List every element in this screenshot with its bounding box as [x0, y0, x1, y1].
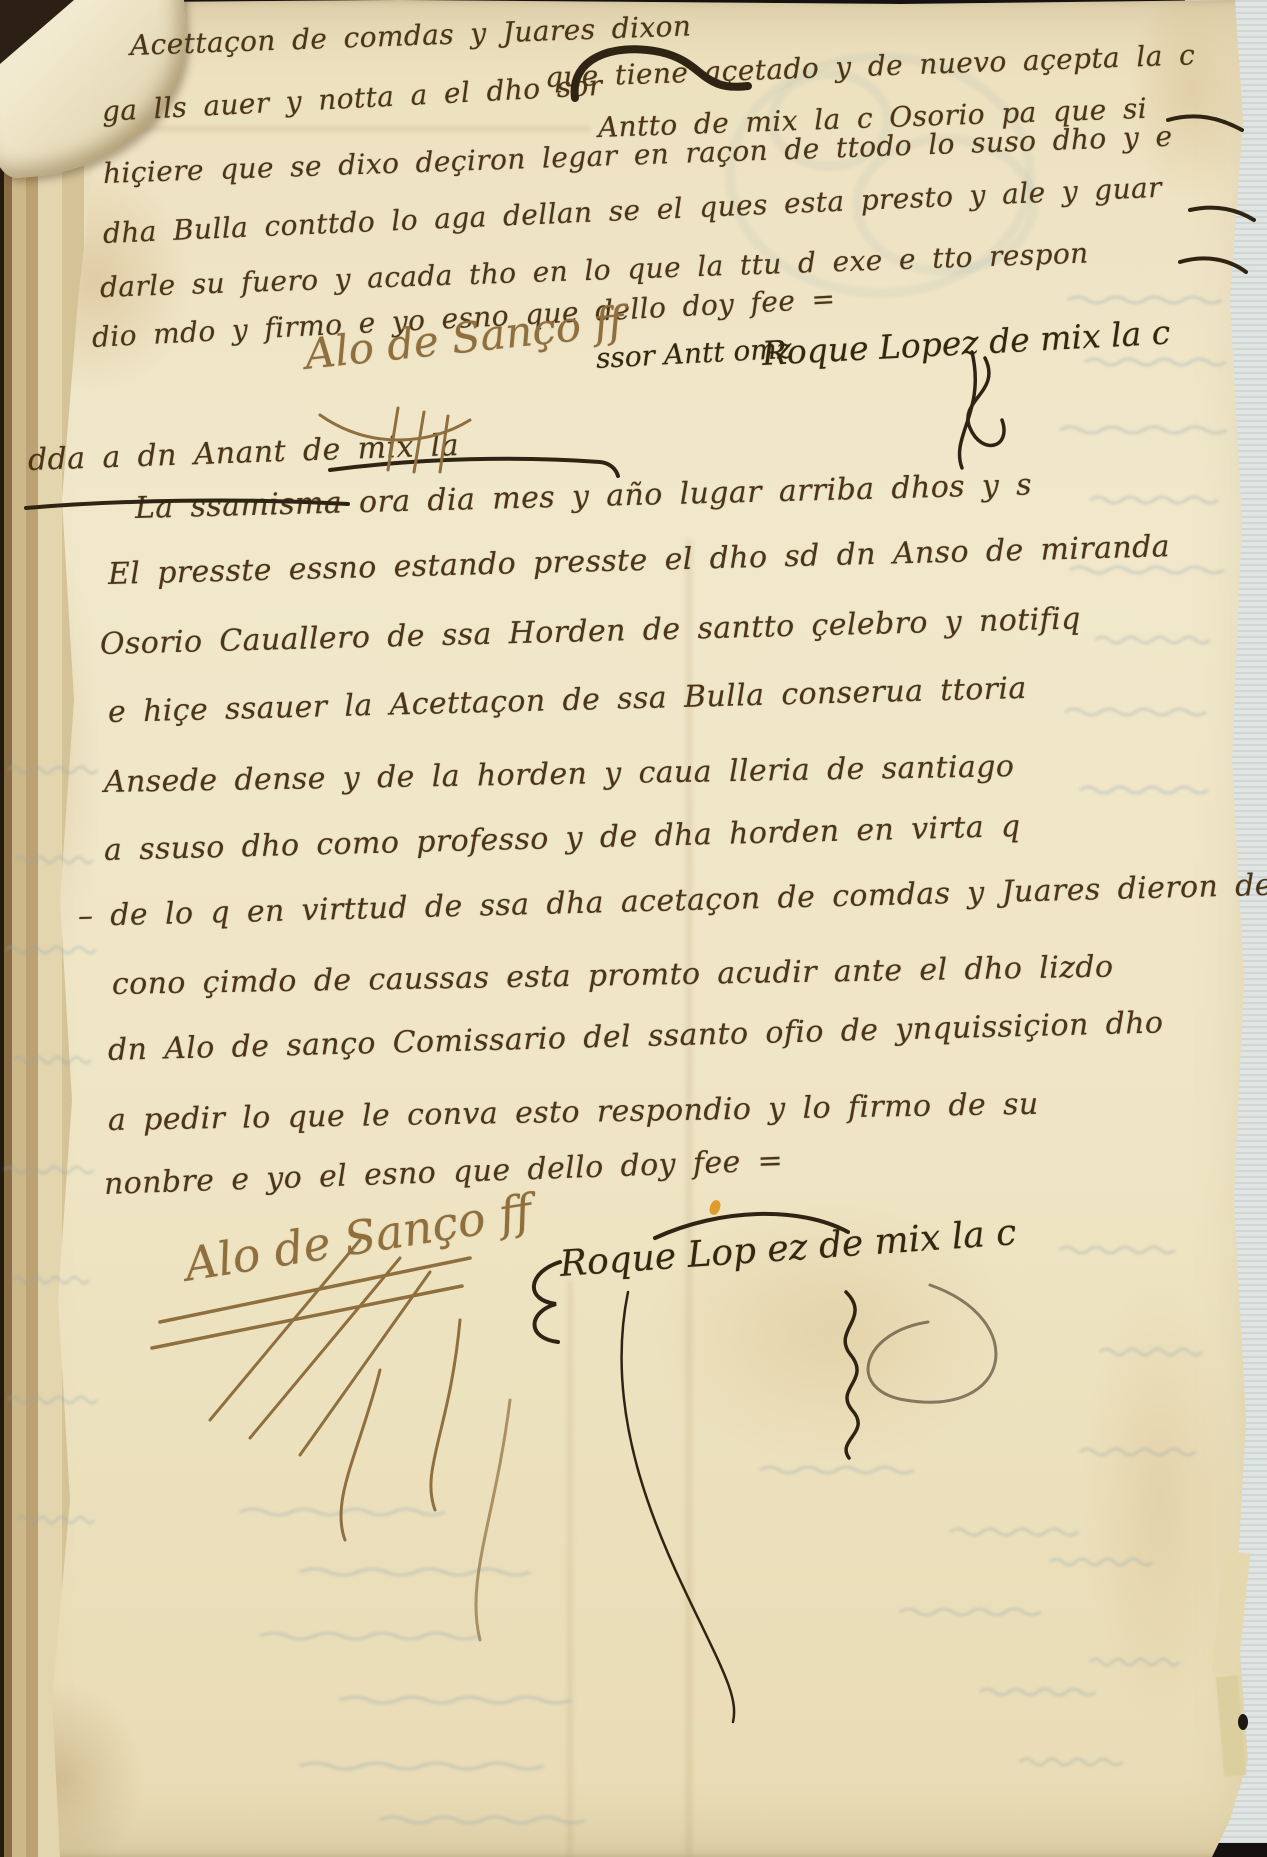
binding-stitch-mark: [1238, 1714, 1248, 1730]
vertical-crease: [684, 540, 694, 1857]
vertical-crease-2: [566, 1280, 574, 1857]
manuscript-scan: Acettaçon de comdas y Juares dixon que t…: [0, 0, 1267, 1857]
horizontal-crease: [90, 124, 590, 133]
